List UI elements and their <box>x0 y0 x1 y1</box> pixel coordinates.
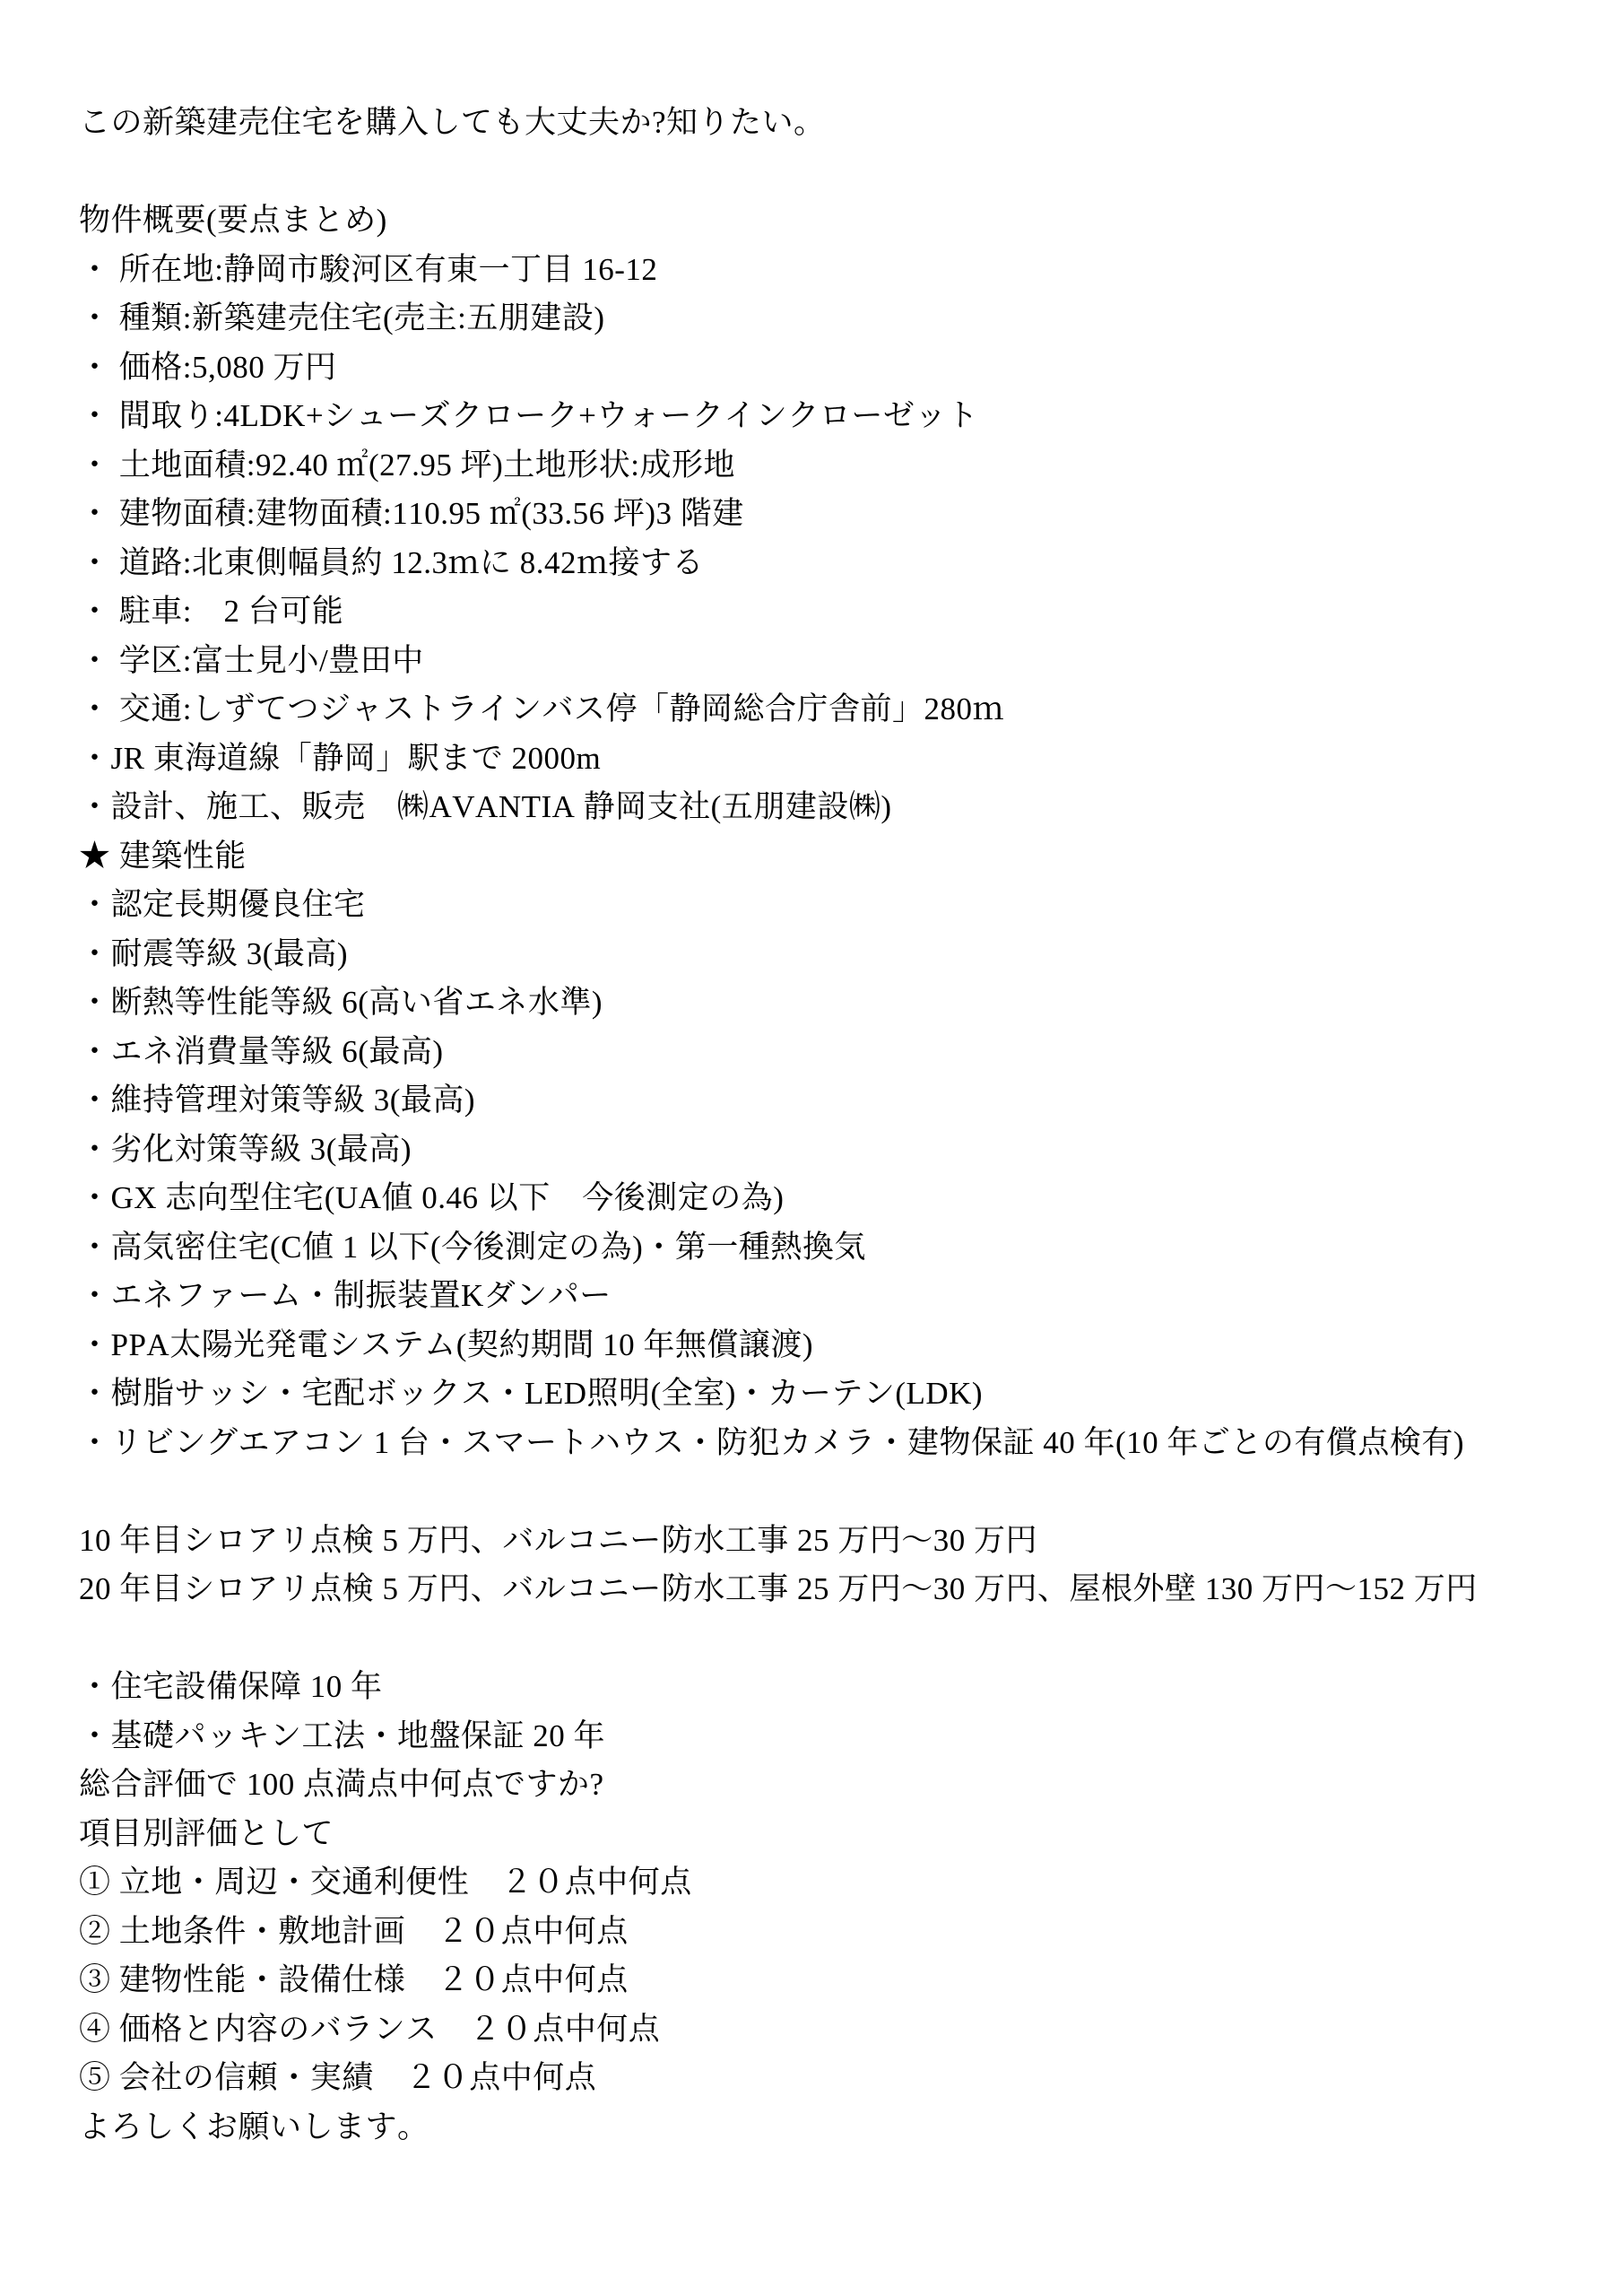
text-line: ・ 交通:しずてつジャストラインバス停「静岡総合庁舎前」280ｍ <box>79 685 1568 735</box>
text-line: ④ 価格と内容のバランス ２０点中何点 <box>79 2005 1568 2055</box>
text-line: 総合評価で 100 点満点中何点ですか? <box>79 1761 1568 1810</box>
text-line: ・エネファーム・制振装置Kダンパー <box>79 1272 1568 1321</box>
text-line: 項目別評価として <box>79 1810 1568 1859</box>
text-line: ② 土地条件・敷地計画 ２０点中何点 <box>79 1908 1568 1957</box>
text-line: ・ 所在地:静岡市駿河区有東一丁目 16-12 <box>79 246 1568 295</box>
text-line: 20 年目シロアリ点検 5 万円、バルコニー防水工事 25 万円〜30 万円、屋… <box>79 1565 1568 1614</box>
text-line: ・樹脂サッシ・宅配ボックス・LED照明(全室)・カーテン(LDK) <box>79 1370 1568 1419</box>
text-line: ・リビングエアコン 1 台・スマートハウス・防犯カメラ・建物保証 40 年(10… <box>79 1419 1568 1468</box>
text-line: ・PPA太陽光発電システム(契約期間 10 年無償譲渡) <box>79 1321 1568 1370</box>
document-page: この新築建売住宅を購入しても大丈夫か?知りたい。 物件概要(要点まとめ)・ 所在… <box>0 0 1622 2296</box>
text-line: ・エネ消費量等級 6(最高) <box>79 1028 1568 1077</box>
text-line: ・断熱等性能等級 6(高い省エネ水準) <box>79 978 1568 1028</box>
text-line: ① 立地・周辺・交通利便性 ２０点中何点 <box>79 1858 1568 1908</box>
text-line: ・耐震等級 3(最高) <box>79 930 1568 979</box>
text-line: ⑤ 会社の信頼・実績 ２０点中何点 <box>79 2054 1568 2103</box>
text-line: ・ 土地面積:92.40 ㎡(27.95 坪)土地形状:成形地 <box>79 441 1568 491</box>
text-line: ・ 種類:新築建売住宅(売主:五朋建設) <box>79 294 1568 344</box>
text-line: ・住宅設備保障 10 年 <box>79 1663 1568 1712</box>
text-line: ・基礎パッキン工法・地盤保証 20 年 <box>79 1712 1568 1761</box>
text-line: ・JR 東海道線「静岡」駅まで 2000m <box>79 735 1568 784</box>
text-line: ③ 建物性能・設備仕様 ２０点中何点 <box>79 1956 1568 2005</box>
text-line: この新築建売住宅を購入しても大丈夫か?知りたい。 <box>79 99 1568 148</box>
text-line: 10 年目シロアリ点検 5 万円、バルコニー防水工事 25 万円〜30 万円 <box>79 1517 1568 1566</box>
text-line: ・劣化対策等級 3(最高) <box>79 1126 1568 1175</box>
text-line: 物件概要(要点まとめ) <box>79 196 1568 246</box>
blank-line <box>79 1614 1568 1664</box>
text-line: ・ 価格:5,080 万円 <box>79 344 1568 393</box>
blank-line <box>79 148 1568 197</box>
blank-line <box>79 1467 1568 1517</box>
text-line: ・設計、施工、販売 ㈱AVANTIA 静岡支社(五朋建設㈱) <box>79 783 1568 832</box>
text-line: ・高気密住宅(C値 1 以下(今後測定の為)・第一種熱換気 <box>79 1223 1568 1273</box>
document-body: この新築建売住宅を購入しても大丈夫か?知りたい。 物件概要(要点まとめ)・ 所在… <box>79 99 1568 2152</box>
text-line: ・認定長期優良住宅 <box>79 881 1568 930</box>
text-line: ・GX 志向型住宅(UA値 0.46 以下 今後測定の為) <box>79 1174 1568 1223</box>
text-line: ・ 建物面積:建物面積:110.95 ㎡(33.56 坪)3 階建 <box>79 490 1568 539</box>
text-line: よろしくお願いします。 <box>79 2103 1568 2152</box>
text-line: ・ 駐車: 2 台可能 <box>79 587 1568 637</box>
text-line: ・ 学区:富士見小/豊田中 <box>79 637 1568 686</box>
text-line: ★ 建築性能 <box>79 832 1568 882</box>
text-line: ・維持管理対策等級 3(最高) <box>79 1076 1568 1126</box>
text-line: ・ 道路:北東側幅員約 12.3ｍに 8.42ｍ接する <box>79 539 1568 588</box>
text-line: ・ 間取り:4LDK+シューズクローク+ウォークインクローゼット <box>79 392 1568 441</box>
